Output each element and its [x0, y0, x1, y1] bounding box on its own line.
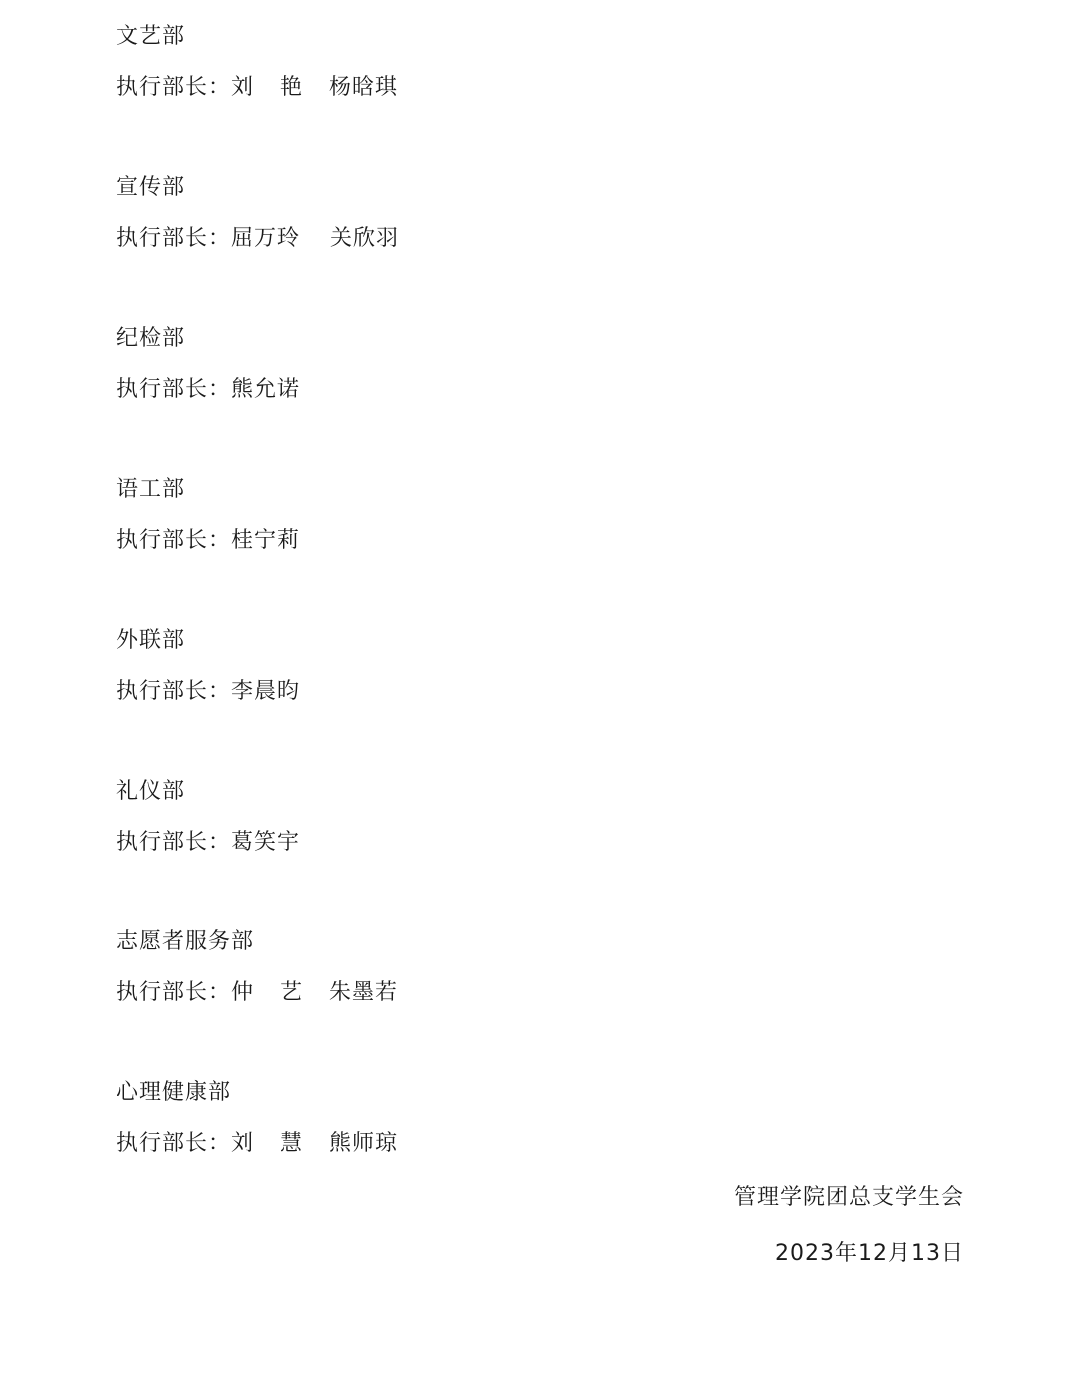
department-block-wailian: 外联部 执行部长： 李晨昀	[116, 626, 330, 707]
leader-name: 葛笑宇	[231, 828, 300, 858]
leader-name: 朱墨若	[329, 978, 398, 1008]
department-name: 语工部	[116, 475, 330, 505]
department-name: 志愿者服务部	[116, 927, 428, 957]
department-block-liyi: 礼仪部 执行部长： 葛笑宇	[116, 777, 330, 858]
leader-line: 执行部长： 刘 艳 杨晗琪	[116, 73, 428, 103]
signature-date: 2023年12月13日	[775, 1239, 964, 1269]
leader-name: 杨晗琪	[329, 73, 398, 103]
signature-organization: 管理学院团总支学生会	[734, 1183, 964, 1213]
leader-name: 李晨昀	[231, 677, 300, 707]
leader-label: 执行部长：	[116, 73, 231, 103]
leader-name: 艺	[280, 978, 303, 1008]
department-name: 外联部	[116, 626, 330, 656]
leader-name: 慧	[280, 1129, 303, 1159]
department-name: 文艺部	[116, 22, 428, 52]
leader-name: 艳	[280, 73, 303, 103]
leader-label: 执行部长：	[116, 978, 231, 1008]
document-page: 文艺部 执行部长： 刘 艳 杨晗琪 宣传部 执行部长： 屈万玲 关欣羽 纪检部 …	[0, 0, 1080, 1394]
department-name: 纪检部	[116, 324, 330, 354]
department-block-wenyi: 文艺部 执行部长： 刘 艳 杨晗琪	[116, 22, 428, 103]
leader-line: 执行部长： 桂宁莉	[116, 526, 330, 556]
leader-label: 执行部长：	[116, 375, 231, 405]
department-name: 礼仪部	[116, 777, 330, 807]
leader-label: 执行部长：	[116, 224, 231, 254]
leader-line: 执行部长： 葛笑宇	[116, 828, 330, 858]
leader-name: 桂宁莉	[231, 526, 300, 556]
leader-line: 执行部长： 刘 慧 熊师琼	[116, 1129, 428, 1159]
leader-label: 执行部长：	[116, 1129, 231, 1159]
leader-name: 仲	[231, 978, 254, 1008]
leader-line: 执行部长： 屈万玲 关欣羽	[116, 224, 429, 254]
department-block-xinli: 心理健康部 执行部长： 刘 慧 熊师琼	[116, 1078, 428, 1159]
department-block-jijian: 纪检部 执行部长： 熊允诺	[116, 324, 330, 405]
department-name: 心理健康部	[116, 1078, 428, 1108]
department-block-yugong: 语工部 执行部长： 桂宁莉	[116, 475, 330, 556]
leader-label: 执行部长：	[116, 828, 231, 858]
leader-label: 执行部长：	[116, 677, 231, 707]
leader-name: 关欣羽	[330, 224, 399, 254]
leader-line: 执行部长： 李晨昀	[116, 677, 330, 707]
leader-name: 熊师琼	[329, 1129, 398, 1159]
leader-name: 刘	[231, 1129, 254, 1159]
leader-name: 屈万玲	[231, 224, 300, 254]
leader-name: 熊允诺	[231, 375, 300, 405]
leader-line: 执行部长： 熊允诺	[116, 375, 330, 405]
leader-label: 执行部长：	[116, 526, 231, 556]
leader-line: 执行部长： 仲 艺 朱墨若	[116, 978, 428, 1008]
leader-name: 刘	[231, 73, 254, 103]
department-name: 宣传部	[116, 173, 429, 203]
department-block-xuanchuan: 宣传部 执行部长： 屈万玲 关欣羽	[116, 173, 429, 254]
department-block-zhiyuanzhe: 志愿者服务部 执行部长： 仲 艺 朱墨若	[116, 927, 428, 1008]
